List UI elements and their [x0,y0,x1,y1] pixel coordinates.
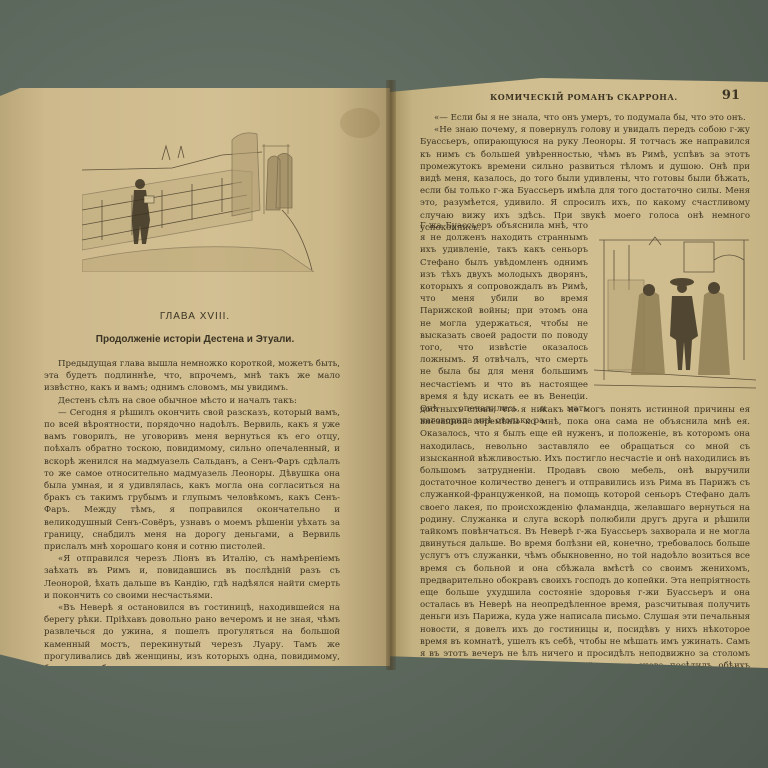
chapter-title: Продолженіе исторіи Дестена и Этуали. [0,334,390,345]
right-page-body-wrapped: Г-жа Буассьеръ объяснила мнѣ, что я не д… [420,220,588,427]
engraving-icon [82,100,314,272]
chapter-number: ГЛАВА XVIII. [0,311,390,322]
right-page-body-bottom: достныхъ словъ, что я никакъ не могъ пон… [420,404,750,668]
open-book: ГЛАВА XVIII. Продолженіе исторіи Дестена… [0,0,768,768]
paper-stain [340,108,380,138]
illustration-bridge-scene [82,100,314,272]
paragraph: «Не знаю почему, я повернулъ голову и ув… [420,124,750,234]
paragraph: Предыдущая глава вышла немножко короткой… [44,358,340,395]
paragraph: «Въ Неверѣ я остановился въ гостиницѣ, н… [44,602,340,666]
right-page: КОМИЧЕСКІЙ РОМАНЪ СКАРРОНА. 91 «— Если б… [390,78,768,668]
running-head: КОМИЧЕСКІЙ РОМАНЪ СКАРРОНА. [490,92,678,102]
paragraph: достныхъ словъ, что я никакъ не могъ пон… [420,404,750,668]
left-page: ГЛАВА XVIII. Продолженіе исторіи Дестена… [0,88,390,666]
paragraph: Г-жа Буассьеръ объяснила мнѣ, что я не д… [420,220,588,427]
page-number: 91 [722,88,740,103]
right-page-body-top: «— Если бы я не знала, что онъ умеръ, то… [420,112,750,234]
left-page-body: Предыдущая глава вышла немножко короткой… [44,358,340,666]
paragraph: «Я отправился черезъ Ліонъ въ Италію, съ… [44,553,340,602]
paragraph: — Сегодня я рѣшилъ окончить свой разсказ… [44,407,340,553]
engraving-icon [594,220,756,390]
illustration-street-scene [594,220,756,390]
book-gutter [386,80,396,670]
paragraph: Дестенъ сѣлъ на свое обычное мѣсто и нач… [44,395,340,407]
paragraph: «— Если бы я не знала, что онъ умеръ, то… [420,112,750,124]
